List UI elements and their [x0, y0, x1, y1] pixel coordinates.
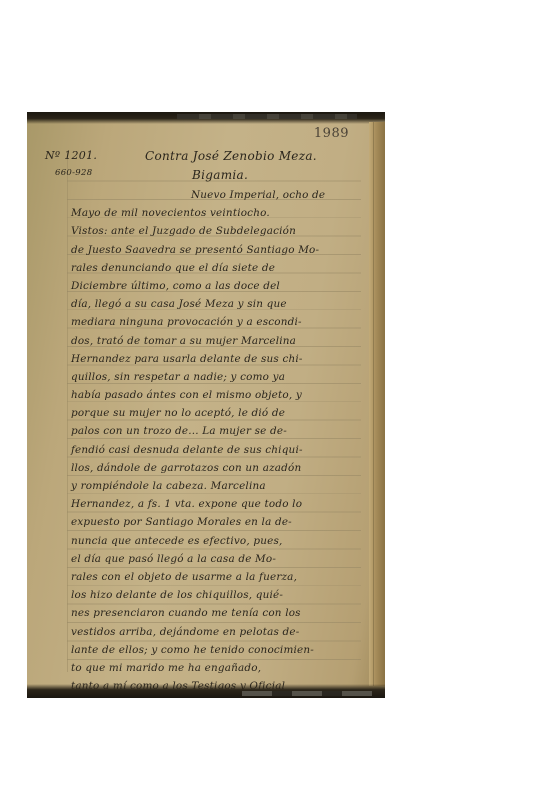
book-page-edge: [369, 122, 385, 686]
book-bottom-edge: [27, 684, 385, 698]
body-line: rales con el objeto de usarme a la fuerz…: [71, 568, 361, 586]
body-line: to que mi marido me ha engañado,: [71, 659, 361, 677]
body-line: Diciembre último, como a las doce del: [71, 277, 361, 295]
body-line: nuncia que antecede es efectivo, pues,: [71, 532, 361, 550]
case-title: Contra José Zenobio Meza.: [145, 149, 317, 163]
body-line: Mayo de mil novecientos veintiocho.: [71, 204, 361, 222]
body-line: vestidos arriba, dejándome en pelotas de…: [71, 623, 361, 641]
document-photo: 1989 Nº 1201. 660-928 Contra José Zenobi…: [27, 112, 385, 698]
body-line: porque su mujer no lo aceptó, le dió de: [71, 404, 361, 422]
body-line: expuesto por Santiago Morales en la de-: [71, 513, 361, 531]
body-line: palos con un trozo de... La mujer se de-: [71, 422, 361, 440]
body-line: Vistos: ante el Juzgado de Subdelegación: [71, 222, 361, 240]
body-line: de Juesto Saavedra se presentó Santiago …: [71, 241, 361, 259]
body-line: nes presenciaron cuando me tenía con los: [71, 604, 361, 622]
body-line: los hizo delante de los chiquillos, quié…: [71, 586, 361, 604]
body-line: fendió casi desnuda delante de sus chiqu…: [71, 441, 361, 459]
body-line: Nuevo Imperial, ocho de: [71, 186, 361, 204]
body-line: día, llegó a su casa José Meza y sin que: [71, 295, 361, 313]
body-line: Hernandez para usarla delante de sus chi…: [71, 350, 361, 368]
body-line: lante de ellos; y como he tenido conocim…: [71, 641, 361, 659]
body-line: llos, dándole de garrotazos con un azadó…: [71, 459, 361, 477]
body-line: mediara ninguna provocación y a escondi-: [71, 313, 361, 331]
body-line: había pasado ántes con el mismo objeto, …: [71, 386, 361, 404]
handwritten-body: Nuevo Imperial, ocho de Mayo de mil nove…: [71, 186, 361, 695]
case-type: Bigamia.: [192, 168, 248, 182]
body-line: el día que pasó llegó a la casa de Mo-: [71, 550, 361, 568]
case-number: Nº 1201.: [45, 149, 97, 162]
body-line: rales denunciando que el día siete de: [71, 259, 361, 277]
body-line: quillos, sin respetar a nadie; y como ya: [71, 368, 361, 386]
body-line: y rompiéndole la cabeza. Marcelina: [71, 477, 361, 495]
body-line: Hernandez, a fs. 1 vta. expone que todo …: [71, 495, 361, 513]
book-top-edge: [27, 112, 385, 124]
body-line: dos, trató de tomar a su mujer Marcelina: [71, 332, 361, 350]
page-number: 1989: [314, 126, 349, 141]
case-code: 660-928: [55, 168, 92, 178]
